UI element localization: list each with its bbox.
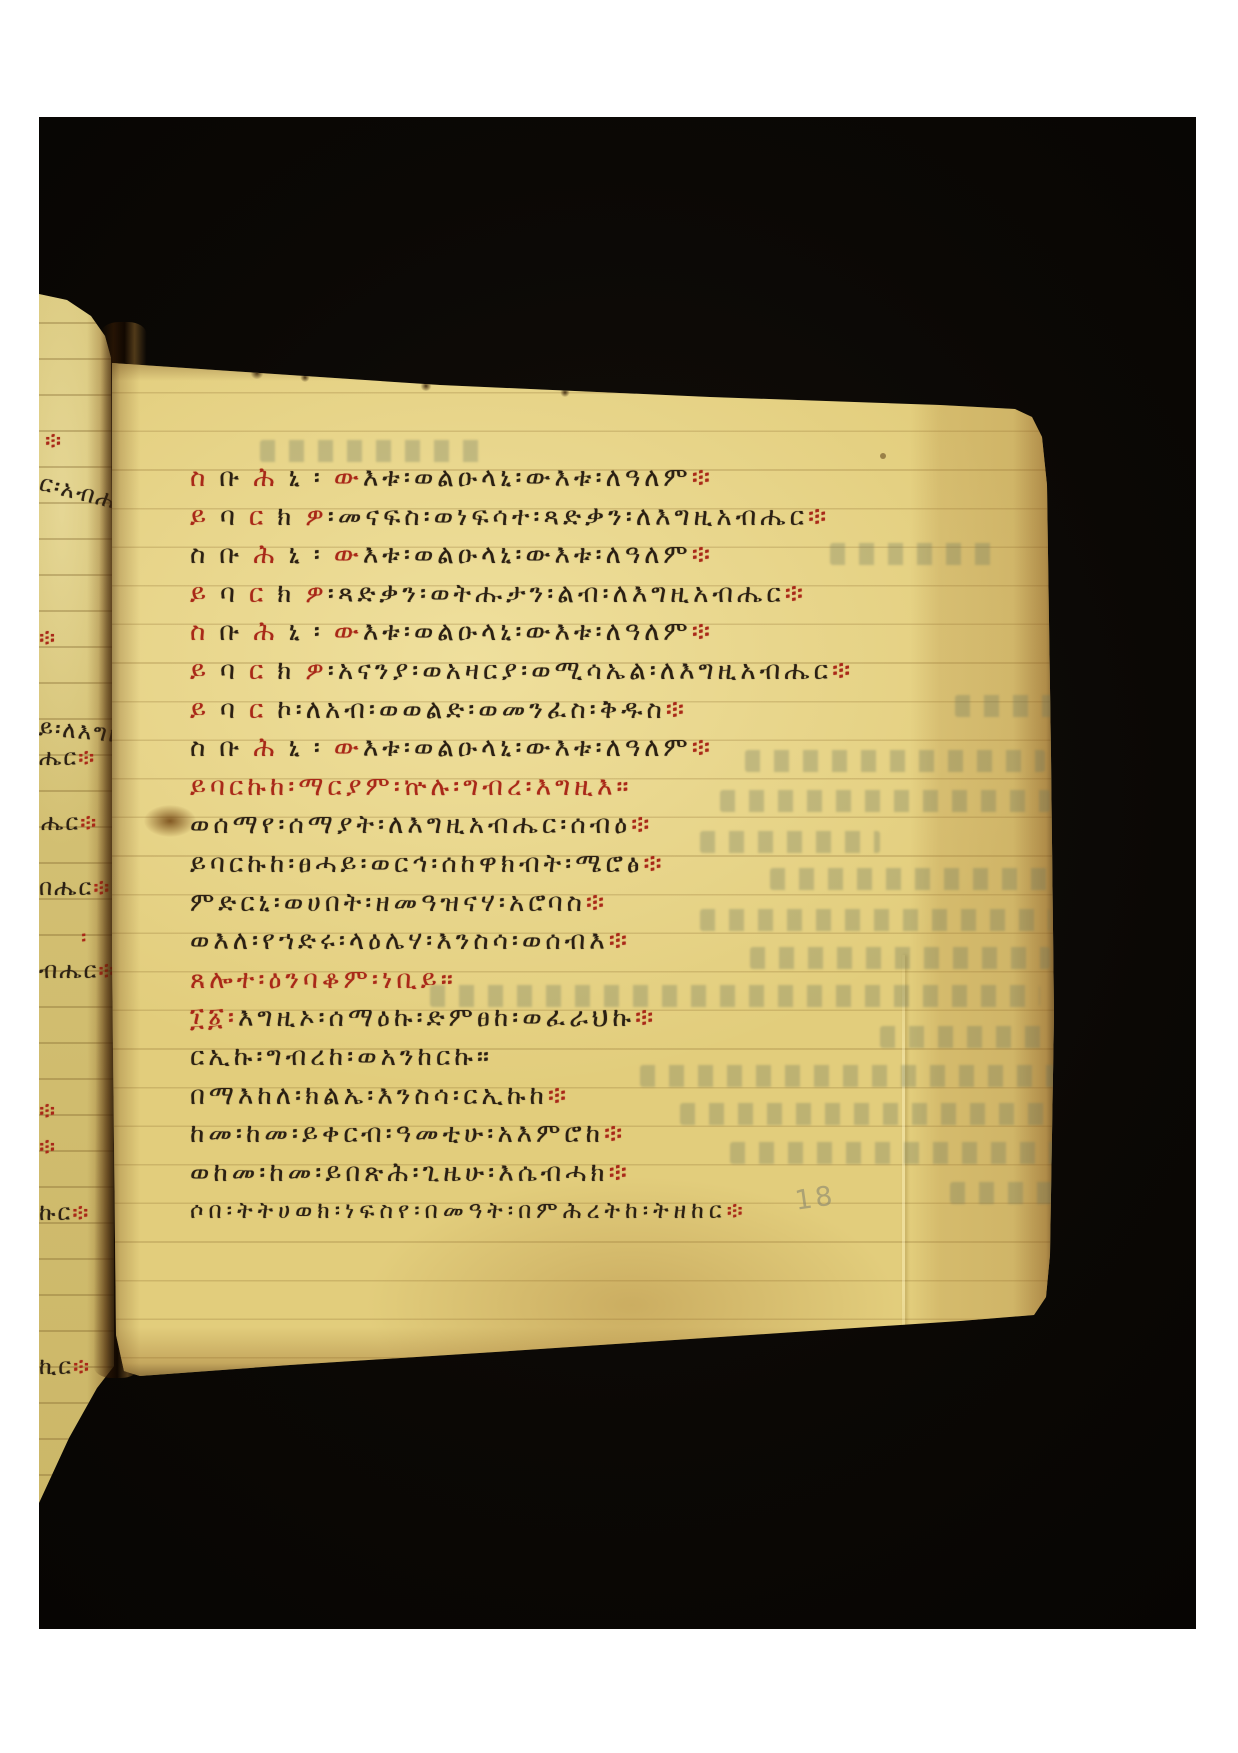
text-segment: ወእለ፡የኀድሩ፡ላዕሌሃ፡እንስሳ፡ወሰብእ — [190, 926, 609, 956]
text-line: ይባርኮ፡ለአብ፡ወወልድ፡ወመንፈስ፡ቅዱስ፨ — [190, 691, 854, 730]
text-line: ከመ፡ከመ፡ይቀርብ፡ዓመቲሁ፡አእምሮከ፨ — [190, 1115, 854, 1154]
text-segment: ፡ለአብ፡ወወልድ፡ወመንፈስ፡ቅዱስ — [296, 695, 666, 725]
text-segment: ፨ — [692, 733, 714, 763]
bleed-through-row — [880, 1026, 1055, 1048]
text-line: ሶበ፡ትትሀወክ፡ነፍስየ፡በመዓት፡በምሕረትከ፡ትዘከር፨ — [190, 1192, 854, 1231]
text-segment: ፡አናንያ፡ወአዛርያ፡ወሚሳኤል፡ለእግዚአብሔር — [328, 656, 832, 686]
left-page-fragment: ፨ — [39, 1134, 57, 1160]
text-segment: ፨ — [39, 1134, 57, 1160]
text-segment: ሕ — [253, 463, 288, 493]
text-segment: ስ — [190, 463, 219, 493]
text-segment: ሶበ፡ትትሀወክ፡ነፍስየ፡በመዓት፡በምሕረትከ፡ትዘከር — [190, 1198, 727, 1224]
text-segment: ኒ፡ — [289, 540, 334, 570]
bleed-through-row — [955, 695, 1055, 717]
text-segment: ባ — [220, 695, 249, 725]
text-segment: ምድርኒ፡ወሀበት፡ዘመዓዝናሃ፡አሮባስ — [190, 888, 586, 918]
text-segment: ፨ — [39, 1098, 57, 1124]
text-line: በማእከለ፡ክልኤ፡እንስሳ፡ርኢኩከ፨ — [190, 1077, 854, 1116]
text-segment: ይ — [190, 579, 220, 609]
ink-fleck — [880, 453, 886, 459]
text-segment: ፨ — [785, 579, 807, 609]
manuscript-text-block: ስቡሕኒ፡ውእቱ፡ወልዑላኒ፡ውእቱ፡ለዓለም፨ይባርክዎ፡መናፍስ፡ወነፍሳተ… — [190, 459, 854, 1231]
text-segment: ፨ — [692, 463, 714, 493]
scanned-manuscript-page: ፨ር፡አብሔአ፨ይ፡ለእግዚሌሔር፨ሔር፨በሔር፨፡ብሔር፨፨፨ኩር፨ኪር፨ ስ… — [0, 0, 1238, 1753]
text-segment: እግዚኦ፡ሰማዕኩ፡ድምፀከ፡ወፈራህኩ — [238, 1003, 635, 1033]
text-segment: ሔር — [41, 810, 80, 836]
text-segment: ፨ — [548, 1081, 570, 1111]
text-segment: ኮ — [277, 695, 295, 725]
text-segment: ወሰማየ፡ሰማያት፡ለእግዚአብሔር፡ሰብዕ — [190, 810, 631, 840]
text-line: ምድርኒ፡ወሀበት፡ዘመዓዝናሃ፡አሮባስ፨ — [190, 884, 854, 923]
left-page-fragment: ፡ — [81, 925, 88, 951]
burnt-edge-blob — [560, 388, 570, 397]
text-segment: እቱ፡ወልዑላኒ፡ውእቱ፡ለዓለም — [363, 617, 692, 647]
text-segment: ባ — [220, 656, 249, 686]
burnt-edge-blob — [300, 373, 310, 382]
text-segment: ር — [249, 695, 277, 725]
text-segment: ዎ — [305, 656, 327, 686]
text-segment: ኩር — [39, 1200, 72, 1226]
text-segment: በማእከለ፡ክልኤ፡እንስሳ፡ርኢኩከ — [190, 1081, 548, 1111]
left-page-fragment: ፨ — [39, 625, 57, 651]
text-segment: ሕ — [253, 617, 288, 647]
right-page: ስቡሕኒ፡ውእቱ፡ወልዑላኒ፡ውእቱ፡ለዓለም፨ይባርክዎ፡መናፍስ፡ወነፍሳተ… — [110, 355, 1058, 1377]
text-segment: ፨ — [643, 849, 665, 879]
text-segment: እቱ፡ወልዑላኒ፡ውእቱ፡ለዓለም — [363, 463, 692, 493]
text-segment: ርኢኩ፡ግብረከ፡ወአንከርኩ። — [190, 1042, 493, 1072]
pencil-folio-number: 18 — [793, 1180, 837, 1216]
parchment-stain — [144, 805, 196, 837]
left-page-fragment: ሔር፨ — [41, 810, 98, 836]
text-segment: ፨ — [692, 617, 714, 647]
burnt-edge-blob — [250, 367, 264, 379]
text-segment: ፨ — [586, 888, 608, 918]
text-line: ይባርክዎ፡ጻድቃን፡ወትሑታን፡ልብ፡ለእግዚአብሔር፨ — [190, 575, 854, 614]
text-segment: ፨ — [73, 1354, 91, 1380]
left-page-fragment: ኪር፨ — [39, 1354, 91, 1380]
page-crease — [902, 955, 905, 1375]
text-segment: ፨ — [692, 540, 714, 570]
text-segment: ኒ፡ — [289, 463, 334, 493]
left-page-fragment: ፨ — [45, 428, 63, 454]
text-segment: ፨ — [604, 1119, 626, 1149]
text-segment: ስ — [190, 540, 219, 570]
text-line: ወእለ፡የኀድሩ፡ላዕሌሃ፡እንስሳ፡ወሰብእ፨ — [190, 922, 854, 961]
text-line: ወከመ፡ከመ፡ይበጽሕ፡ጊዜሁ፡እሴብሓክ፨ — [190, 1154, 854, 1193]
text-line: ይባርክዎ፡አናንያ፡ወአዛርያ፡ወሚሳኤል፡ለእግዚአብሔር፨ — [190, 652, 854, 691]
burnt-edge-blob — [420, 381, 432, 391]
text-segment: ክ — [277, 579, 305, 609]
text-segment: ቡ — [219, 733, 253, 763]
text-segment: ፨ — [45, 428, 63, 454]
text-segment: ፨ — [609, 926, 631, 956]
text-segment: ይባርኩከ፡ፀሓይ፡ወርኅ፡ሰከዋክብት፡ሜሮፅ — [190, 849, 643, 879]
bleed-through-row — [950, 1182, 1060, 1204]
manuscript-photo: ፨ር፡አብሔአ፨ይ፡ለእግዚሌሔር፨ሔር፨በሔር፨፡ብሔር፨፨፨ኩር፨ኪር፨ ስ… — [39, 117, 1196, 1629]
text-segment: ክ — [277, 502, 305, 532]
text-segment: ፨ — [80, 810, 98, 836]
text-segment: ር — [249, 656, 277, 686]
text-line: ስቡሕኒ፡ውእቱ፡ወልዑላኒ፡ውእቱ፡ለዓለም፨ — [190, 459, 854, 498]
text-segment: ፨ — [631, 810, 653, 840]
text-segment: ፨ — [832, 656, 854, 686]
text-segment: ፨ — [78, 745, 96, 771]
text-segment: ብሔር — [39, 958, 98, 984]
text-segment: ፨ — [39, 625, 57, 651]
text-segment: ባ — [220, 579, 249, 609]
text-segment: ው — [334, 733, 363, 763]
text-line: ጸሎተ፡ዕንባቆም፡ነቢይ። — [190, 961, 854, 1000]
text-segment: ሕ — [253, 733, 288, 763]
text-segment: ክ — [277, 656, 305, 686]
text-segment: ር — [249, 502, 277, 532]
text-line: ይባርክዎ፡መናፍስ፡ወነፍሳተ፡ጻድቃን፡ለእግዚአብሔር፨ — [190, 498, 854, 537]
text-segment: ስ — [190, 617, 219, 647]
text-segment: ዎ — [305, 502, 327, 532]
left-page-fragment: ፨ — [39, 1098, 57, 1124]
text-segment: ር — [249, 579, 277, 609]
text-segment: ዎ — [305, 579, 327, 609]
text-segment: ባ — [220, 502, 249, 532]
text-segment: ስ — [190, 733, 219, 763]
text-segment: ሔር — [39, 745, 78, 771]
text-segment: ፨ — [727, 1198, 748, 1224]
text-line: ፲፩፡እግዚኦ፡ሰማዕኩ፡ድምፀከ፡ወፈራህኩ፨ — [190, 999, 854, 1038]
text-segment: ከመ፡ከመ፡ይቀርብ፡ዓመቲሁ፡አእምሮከ — [190, 1119, 604, 1149]
text-segment: ጸሎተ፡ዕንባቆም፡ነቢይ። — [190, 965, 457, 995]
text-segment: ኒ፡ — [289, 733, 334, 763]
text-segment: ቡ — [219, 463, 253, 493]
text-segment: ፨ — [808, 502, 830, 532]
text-segment: ፨ — [666, 695, 688, 725]
text-segment: ው — [334, 540, 363, 570]
text-line: ይባርኩከ፡ማርያም፡ኵሉ፡ግብረ፡እግዚእ። — [190, 768, 854, 807]
text-segment: ይ — [190, 695, 220, 725]
text-segment: ኪር — [39, 1354, 73, 1380]
text-line: ስቡሕኒ፡ውእቱ፡ወልዑላኒ፡ውእቱ፡ለዓለም፨ — [190, 536, 854, 575]
text-segment: ቡ — [219, 617, 253, 647]
text-segment: ወከመ፡ከመ፡ይበጽሕ፡ጊዜሁ፡እሴብሓክ — [190, 1158, 609, 1188]
text-segment: ፡ጻድቃን፡ወትሑታን፡ልብ፡ለእግዚአብሔር — [328, 579, 785, 609]
text-segment: እቱ፡ወልዑላኒ፡ውእቱ፡ለዓለም — [363, 733, 692, 763]
text-segment: እቱ፡ወልዑላኒ፡ውእቱ፡ለዓለም — [363, 540, 692, 570]
text-segment: ይ — [190, 656, 220, 686]
text-segment: ፲፩፡ — [190, 1003, 238, 1033]
text-line: ርኢኩ፡ግብረከ፡ወአንከርኩ። — [190, 1038, 854, 1077]
text-segment: ፨ — [609, 1158, 631, 1188]
text-line: ወሰማየ፡ሰማያት፡ለእግዚአብሔር፡ሰብዕ፨ — [190, 806, 854, 845]
text-segment: ፨ — [72, 1200, 90, 1226]
text-segment: ቡ — [219, 540, 253, 570]
text-segment: ው — [334, 463, 363, 493]
text-segment: ፨ — [635, 1003, 657, 1033]
text-segment: ይባርኩከ፡ማርያም፡ኵሉ፡ግብረ፡እግዚእ። — [190, 772, 633, 802]
text-segment: ኒ፡ — [289, 617, 334, 647]
text-segment: ሕ — [253, 540, 288, 570]
text-segment: ይ — [190, 502, 220, 532]
text-line: ይባርኩከ፡ፀሓይ፡ወርኅ፡ሰከዋክብት፡ሜሮፅ፨ — [190, 845, 854, 884]
text-line: ስቡሕኒ፡ውእቱ፡ወልዑላኒ፡ውእቱ፡ለዓለም፨ — [190, 729, 854, 768]
left-page-fragment: ሔር፨ — [39, 745, 96, 771]
text-line: ስቡሕኒ፡ውእቱ፡ወልዑላኒ፡ውእቱ፡ለዓለም፨ — [190, 613, 854, 652]
bleed-through-row — [830, 543, 1000, 565]
text-segment: ፡ — [81, 925, 88, 951]
text-segment: ው — [334, 617, 363, 647]
text-segment: በሔር — [39, 875, 93, 901]
text-segment: ፡መናፍስ፡ወነፍሳተ፡ጻድቃን፡ለእግዚአብሔር — [328, 502, 808, 532]
left-page-fragment: ኩር፨ — [39, 1200, 90, 1226]
